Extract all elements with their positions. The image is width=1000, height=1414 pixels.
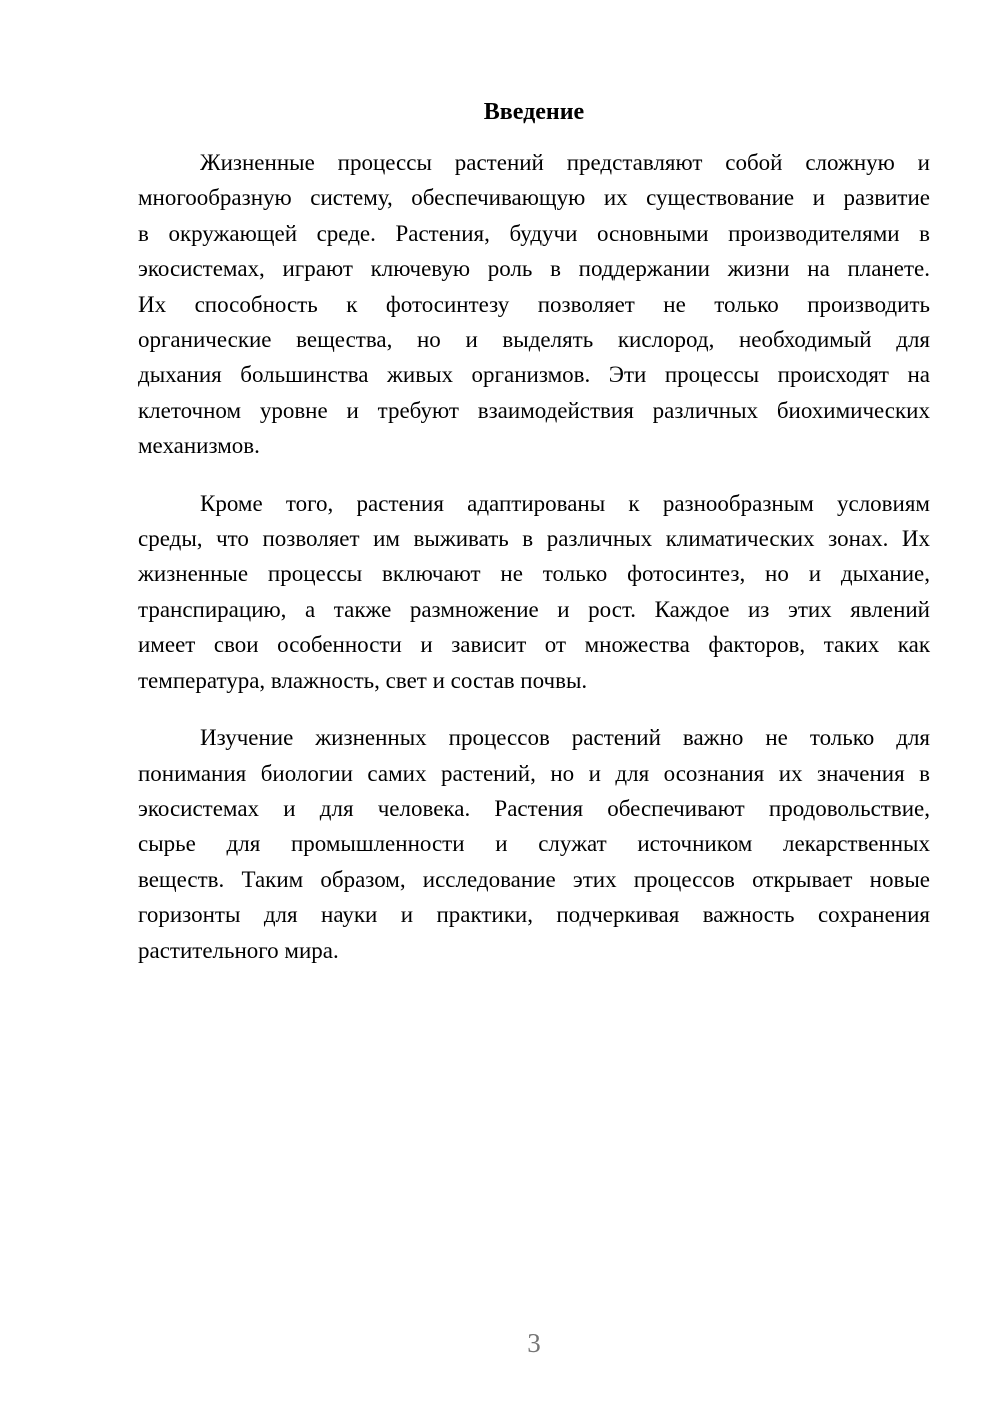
document-page: Введение Жизненные процессы растений пре… — [0, 0, 1000, 1414]
text-line: веществ. Таким образом, исследование эти… — [138, 862, 930, 897]
text-line: многообразную систему, обеспечивающую их… — [138, 180, 930, 215]
text-line: Их способность к фотосинтезу позволяет н… — [138, 287, 930, 322]
text-line: Кроме того, растения адаптированы к разн… — [138, 486, 930, 521]
paragraph: Изучение жизненных процессов растений ва… — [138, 720, 930, 968]
text-line: механизмов. — [138, 428, 930, 463]
text-line: в окружающей среде. Растения, будучи осн… — [138, 216, 930, 251]
text-line: жизненные процессы включают не только фо… — [138, 556, 930, 591]
document-body: Жизненные процессы растений представляют… — [138, 145, 930, 968]
text-line: экосистемах, играют ключевую роль в подд… — [138, 251, 930, 286]
text-line: сырье для промышленности и служат источн… — [138, 826, 930, 861]
text-line: растительного мира. — [138, 933, 930, 968]
text-line: экосистемах и для человека. Растения обе… — [138, 791, 930, 826]
text-line: дыхания большинства живых организмов. Эт… — [138, 357, 930, 392]
document-content: Введение Жизненные процессы растений пре… — [138, 95, 930, 968]
text-line: горизонты для науки и практики, подчерки… — [138, 897, 930, 932]
text-line: Изучение жизненных процессов растений ва… — [138, 720, 930, 755]
text-line: понимания биологии самих растений, но и … — [138, 756, 930, 791]
paragraph: Жизненные процессы растений представляют… — [138, 145, 930, 464]
page-number: 3 — [138, 1327, 930, 1359]
text-line: среды, что позволяет им выживать в разли… — [138, 521, 930, 556]
text-line: Жизненные процессы растений представляют… — [138, 145, 930, 180]
text-line: температура, влажность, свет и состав по… — [138, 663, 930, 698]
text-line: клеточном уровне и требуют взаимодействи… — [138, 393, 930, 428]
text-line: имеет свои особенности и зависит от множ… — [138, 627, 930, 662]
page-title: Введение — [138, 95, 930, 130]
text-line: транспирацию, а также размножение и рост… — [138, 592, 930, 627]
text-line: органические вещества, но и выделять кис… — [138, 322, 930, 357]
paragraph: Кроме того, растения адаптированы к разн… — [138, 486, 930, 698]
